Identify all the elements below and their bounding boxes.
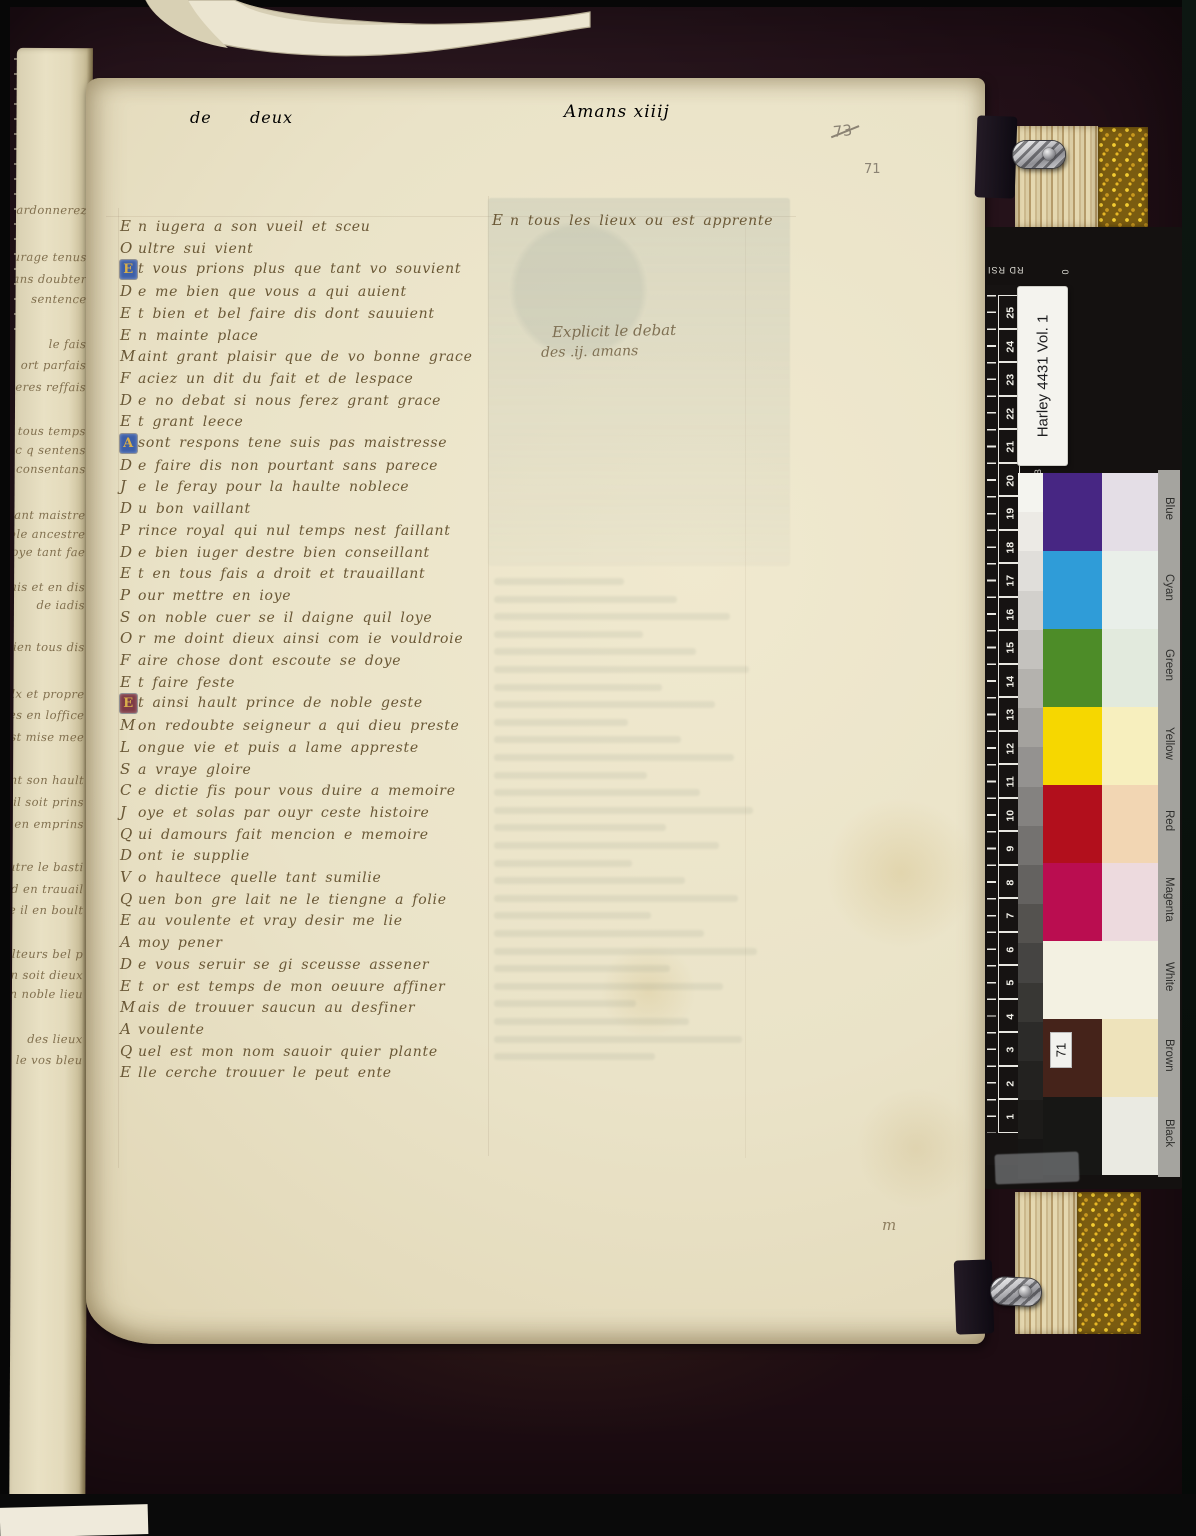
greyscale-step xyxy=(1018,591,1043,630)
manuscript-line: De me bien que vous a qui auient xyxy=(120,282,407,300)
folio-edge-fragment: st mise mee xyxy=(10,730,84,744)
line-text: n mainte place xyxy=(138,328,259,344)
line-initial: O xyxy=(120,239,138,257)
line-text: aire chose dont escoute se doye xyxy=(138,653,401,669)
line-initial: E xyxy=(120,673,138,691)
folio-edge-fragment: ez en soit dieux xyxy=(9,968,83,983)
greyscale-step xyxy=(1018,904,1043,943)
manuscript-line: Qui damours fait mencion e memoire xyxy=(120,825,429,843)
show-through-line xyxy=(494,1018,689,1025)
show-through-line xyxy=(494,877,685,884)
ruler-number-cell: 16 xyxy=(998,597,1020,631)
greyscale-step xyxy=(1018,1100,1043,1139)
manuscript-page: de deux Amans xiiij 73 71 En iugera a so… xyxy=(86,78,985,1344)
show-through-panel xyxy=(488,198,790,566)
show-through-line xyxy=(494,807,753,814)
manuscript-line: Prince royal qui nul temps nest faillant xyxy=(120,521,451,539)
photo-frame: pardonnerezouurage tenusoyez sans doubte… xyxy=(0,0,1196,1536)
line-text: voulente xyxy=(138,1022,205,1038)
show-through-line xyxy=(494,912,651,919)
color-patch-white xyxy=(1043,941,1158,1019)
greyscale-step xyxy=(1018,708,1043,747)
folio-edge-fragment: pardonnerez xyxy=(9,203,87,217)
catchword: m xyxy=(882,1216,896,1234)
ruler-number-cell: 15 xyxy=(998,630,1020,664)
clip-pad-bottom xyxy=(954,1259,995,1334)
folio-edge-fragment: nul autre le basti xyxy=(9,860,84,875)
line-initial: D xyxy=(120,282,138,300)
color-name-label: Blue xyxy=(1158,470,1180,548)
line-text: n tous les lieux ou est apprente xyxy=(510,213,773,229)
line-initial: Q xyxy=(120,825,138,843)
harley-shelfmark-text: Harley 4431 Vol. 1 xyxy=(1034,315,1051,438)
manuscript-line: De bien iuger destre bien conseillant xyxy=(120,543,430,561)
line-text: ais de trouuer saucun au desfiner xyxy=(138,1000,415,1016)
line-initial: E xyxy=(120,217,138,235)
line-initial: D xyxy=(120,846,138,864)
manuscript-line: De no debat si nous ferez grant grace xyxy=(120,391,441,409)
show-through-line xyxy=(494,948,757,955)
line-initial: A xyxy=(120,1020,138,1038)
clip-rivet-icon xyxy=(1019,1285,1032,1298)
manuscript-line: Joye et solas par ouyr ceste histoire xyxy=(120,803,430,821)
ruler-number-cell: 20 xyxy=(998,463,1020,497)
line-text: ont ie supplie xyxy=(138,848,250,864)
line-initial: V xyxy=(120,868,138,886)
folio-edge-fragment: de doulx et propre xyxy=(9,687,84,702)
line-text: e me bien que vous a qui auient xyxy=(138,284,407,300)
line-initial: F xyxy=(120,369,138,387)
manuscript-line: Et vous prions plus que tant vo souvient xyxy=(120,260,461,279)
line-text: oye et solas par ouyr ceste histoire xyxy=(138,805,430,821)
gilt-gauffered-edge-top xyxy=(1098,127,1148,227)
ruler-number-cell: 13 xyxy=(998,697,1020,731)
folio-edge-fragment: ort parfais xyxy=(21,358,87,372)
ruler-number-cell: 6 xyxy=(998,932,1020,966)
line-text: aciez un dit du fait et de lespace xyxy=(138,371,414,387)
line-text: our mettre en ioye xyxy=(138,588,291,604)
show-through-line xyxy=(494,895,738,902)
line-initial: A xyxy=(120,933,138,951)
line-text: uel est mon nom sauoir quier plante xyxy=(138,1044,438,1060)
line-initial: M xyxy=(120,998,138,1016)
manuscript-line: Pour mettre en ioye xyxy=(120,586,291,604)
line-text: moy pener xyxy=(138,935,223,951)
show-through-line xyxy=(494,754,734,761)
folio-edge-fragment: sage et grant maistre xyxy=(9,507,85,522)
line-text: ongue vie et puis a lame appreste xyxy=(138,740,419,756)
folio-edge-fragment: duc q sentens xyxy=(9,443,86,457)
manuscript-line: En mainte place xyxy=(120,326,259,344)
line-text: sont respons tene suis pas maistresse xyxy=(138,435,447,451)
line-text: a vraye gloire xyxy=(138,762,252,778)
manuscript-line: Et faire feste xyxy=(120,673,235,691)
manuscript-line: Son noble cuer se il daigne quil loye xyxy=(120,608,432,626)
ruler-number-cell: 5 xyxy=(998,965,1020,999)
line-initial: O xyxy=(120,629,138,647)
manuscript-line: Quel est mon nom sauoir quier plante xyxy=(120,1042,438,1060)
folio-edge-fragment: de consentans xyxy=(9,462,86,476)
illuminated-initial: E xyxy=(120,260,137,279)
line-text: t grant leece xyxy=(138,414,243,430)
folio-number-new: 71 xyxy=(864,162,881,177)
line-text: r me doint dieux ainsi com ie vouldroie xyxy=(138,631,463,647)
manuscript-line: Ce dictie fis pour vous duire a memoire xyxy=(120,781,456,799)
greyscale-step xyxy=(1018,551,1043,590)
line-initial: D xyxy=(120,543,138,561)
color-name-strip: BlueCyanGreenYellowRedMagentaWhiteBrownB… xyxy=(1158,470,1180,1177)
ruler-number-cell: 17 xyxy=(998,563,1020,597)
metal-clip-bottom-icon xyxy=(990,1277,1041,1307)
color-tint-blue xyxy=(1102,473,1158,551)
margin-ruling-line xyxy=(118,208,119,1168)
ruler-number-cell: 11 xyxy=(998,764,1020,798)
ruler-number-cell: 22 xyxy=(998,396,1020,430)
manuscript-line: Avoulente xyxy=(120,1020,205,1038)
manuscript-line: Et or est temps de mon oeuure affiner xyxy=(120,977,445,995)
show-through-line xyxy=(494,701,715,708)
right-photo-edge xyxy=(1182,0,1196,1536)
manuscript-line: Et bien et bel faire dis dont sauuient xyxy=(120,304,435,322)
color-name-label: White xyxy=(1158,938,1180,1016)
line-text: au voulente et vray desir me lie xyxy=(138,913,403,929)
manuscript-line: Eau voulente et vray desir me lie xyxy=(120,911,403,929)
line-text: t faire feste xyxy=(138,675,235,691)
line-text: e bien iuger destre bien conseillant xyxy=(138,545,430,561)
show-through-line xyxy=(494,666,749,673)
line-text: t ainsi hault prince de noble geste xyxy=(138,695,423,711)
color-tint-cyan xyxy=(1102,551,1158,629)
running-header-left-word2: deux xyxy=(250,108,293,127)
line-text: ui damours fait mencion e memoire xyxy=(138,827,429,843)
folio-edge-fragment: le vos bleu xyxy=(16,1053,83,1067)
line-initial: E xyxy=(120,564,138,582)
show-through-line xyxy=(494,824,666,831)
folio-edge-fragment: de iadis xyxy=(36,598,85,612)
line-initial: Q xyxy=(120,1042,138,1060)
show-through-line xyxy=(494,930,704,937)
color-name-label: Black xyxy=(1158,1094,1180,1172)
line-text: aint grant plaisir que de vo bonne grace xyxy=(138,349,473,365)
line-initial: M xyxy=(120,716,138,734)
ruler-number-cell: 21 xyxy=(998,429,1020,463)
show-through-line xyxy=(494,983,723,990)
ruler-zero-mark: 0 xyxy=(1061,269,1071,274)
line-initial: D xyxy=(120,499,138,517)
color-name-label: Magenta xyxy=(1158,860,1180,938)
line-initial: S xyxy=(120,608,138,626)
line-initial: P xyxy=(120,586,138,604)
greyscale-step xyxy=(1018,512,1043,551)
folio-edge-fragment: a tous temps xyxy=(9,424,86,438)
color-name-label: Red xyxy=(1158,782,1180,860)
show-through-line xyxy=(494,1000,636,1007)
color-patch-green xyxy=(1043,629,1102,707)
folio-edge-fragment: hoe en noble lieu xyxy=(9,987,83,1002)
manuscript-line: De faire dis non pourtant sans parece xyxy=(120,456,438,474)
color-tint-magenta xyxy=(1102,863,1158,941)
show-through-line xyxy=(494,684,662,691)
folio-tab-text: 71 xyxy=(1054,1043,1069,1057)
line-text: e le feray pour la haulte noblece xyxy=(138,479,409,495)
greyscale-step xyxy=(1018,1022,1043,1061)
right-column-first-line: En tous les lieux ou est apprente xyxy=(492,211,773,229)
show-through-line xyxy=(494,596,677,603)
clip-rivet-icon xyxy=(1043,148,1055,160)
ruler-caption: RD RSI xyxy=(987,265,1024,275)
ruler-number-cell: 4 xyxy=(998,999,1020,1033)
color-patch-cyan xyxy=(1043,551,1102,629)
color-tint-red xyxy=(1102,785,1158,863)
folio-edge-fragment: en emprins xyxy=(14,817,84,831)
ruler-number-cell: 10 xyxy=(998,798,1020,832)
illuminated-initial: A xyxy=(120,434,137,453)
show-through-line xyxy=(494,719,628,726)
color-tint-green xyxy=(1102,629,1158,707)
show-through-line xyxy=(494,860,632,867)
color-patch-red xyxy=(1043,785,1102,863)
show-through-line xyxy=(494,613,730,620)
manuscript-line: Mais de trouuer saucun au desfiner xyxy=(120,998,415,1016)
ribbon-bookmark xyxy=(98,0,598,86)
line-initial: L xyxy=(120,738,138,756)
folio-edge-fragment: et q rnd en trauail xyxy=(9,882,83,897)
manuscript-line: Or me doint dieux ainsi com ie vouldroie xyxy=(120,629,463,647)
line-initial: M xyxy=(120,347,138,365)
manuscript-line: Mon redoubte seigneur a qui dieu preste xyxy=(120,716,460,734)
ruler-number-cell: 1 xyxy=(998,1099,1020,1133)
line-text: u bon vaillant xyxy=(138,501,251,517)
line-initial: E xyxy=(120,412,138,430)
manuscript-line: Et grant leece xyxy=(120,412,243,430)
manuscript-line: De vous seruir se gi sceusse assener xyxy=(120,955,429,973)
manuscript-line: Oultre sui vient xyxy=(120,239,254,257)
greyscale-step xyxy=(1018,473,1043,512)
line-initial: F xyxy=(120,651,138,669)
show-through-line xyxy=(494,965,670,972)
line-initial: Q xyxy=(120,890,138,908)
line-text: o haultece quelle tant sumilie xyxy=(138,870,381,886)
show-through-line xyxy=(494,789,700,796)
color-name-label: Brown xyxy=(1158,1016,1180,1094)
manuscript-line: Longue vie et puis a lame appreste xyxy=(120,738,419,756)
ruler-number-cell: 23 xyxy=(998,362,1020,396)
color-name-label: Cyan xyxy=(1158,548,1180,626)
color-patch-magenta xyxy=(1043,863,1102,941)
line-text: e no debat si nous ferez grant grace xyxy=(138,393,441,409)
manuscript-line: Amoy pener xyxy=(120,933,223,951)
line-initial: E xyxy=(120,304,138,322)
line-initial: E xyxy=(120,977,138,995)
greyscale-step xyxy=(1018,1061,1043,1100)
ruler-number-cell: 25 xyxy=(998,295,1020,329)
line-text: uen bon gre lait ne le tiengne a folie xyxy=(138,892,447,908)
folio-edge-fragment: des lieux xyxy=(27,1032,82,1046)
manuscript-line: Du bon vaillant xyxy=(120,499,251,517)
line-initial: D xyxy=(120,955,138,973)
greyscale-step xyxy=(1018,983,1043,1022)
manuscript-line: Vo haultece quelle tant sumilie xyxy=(120,868,381,886)
line-initial: J xyxy=(120,477,138,495)
ruler: 2524232221201918171615141312111098765432… xyxy=(987,285,1021,1165)
color-name-label: Green xyxy=(1158,626,1180,704)
manuscript-line: Asont respons tene suis pas maistresse xyxy=(120,434,447,453)
line-initial: C xyxy=(120,781,138,799)
color-tint-yellow xyxy=(1102,707,1158,785)
folio-edge-fragment: maintien tous dis xyxy=(9,640,85,655)
color-tint-black xyxy=(1102,1097,1158,1175)
tape-mark xyxy=(995,1152,1080,1185)
previous-folio-edge: pardonnerezouurage tenusoyez sans doubte… xyxy=(9,48,93,1536)
greyscale-step xyxy=(1018,747,1043,786)
show-through-line xyxy=(494,648,696,655)
manuscript-line: Quen bon gre lait ne le tiengne a folie xyxy=(120,890,447,908)
greyscale-step xyxy=(1018,943,1043,982)
explicit-colophon-line2: des .ij. amans xyxy=(541,343,638,361)
ruler-number-cell: 18 xyxy=(998,530,1020,564)
bottom-photo-band xyxy=(0,1494,1196,1536)
running-header-left-word1: de xyxy=(190,108,212,127)
line-text: t or est temps de mon oeuure affiner xyxy=(138,979,445,995)
fore-edge-pages-bottom xyxy=(1015,1192,1077,1334)
line-initial: D xyxy=(120,456,138,474)
manuscript-line: Maint grant plaisir que de vo bonne grac… xyxy=(120,347,473,365)
manuscript-line: Faire chose dont escoute se doye xyxy=(120,651,401,669)
color-patch-yellow xyxy=(1043,707,1102,785)
line-text: e vous seruir se gi sceusse assener xyxy=(138,957,429,973)
metal-clip-top-icon xyxy=(1013,141,1065,168)
illuminated-initial: E xyxy=(120,694,137,713)
parchment-stain xyxy=(856,1088,976,1208)
gilt-gauffered-edge-bottom xyxy=(1077,1192,1141,1334)
show-through-line xyxy=(494,772,647,779)
folio-edge-fragment: ouurage tenus xyxy=(9,250,87,264)
greyscale-step xyxy=(1018,787,1043,826)
line-text: e dictie fis pour vous duire a memoire xyxy=(138,783,456,799)
folio-edge-fragment: le fais xyxy=(49,337,87,351)
manuscript-line: Sa vraye gloire xyxy=(120,760,252,778)
folio-edge-fragment: us il soit prins xyxy=(9,795,84,809)
ruler-number-cell: 14 xyxy=(998,664,1020,698)
manuscript-line: Et en tous fais a droit et trauaillant xyxy=(120,564,425,582)
line-initial: E xyxy=(492,211,510,229)
line-text: t en tous fais a droit et trauaillant xyxy=(138,566,425,582)
clip-pad-top xyxy=(975,115,1018,198)
bottom-left-photo-corner xyxy=(0,1504,148,1536)
ruler-number-cell: 9 xyxy=(998,831,1020,865)
folio-edge-fragment: entence il en boult xyxy=(9,903,83,918)
folio-edge-fragment: oye tant fae xyxy=(11,545,85,559)
show-through-line xyxy=(494,1036,742,1043)
line-text: n iugera a son vueil et sceu xyxy=(138,219,370,235)
line-text: e faire dis non pourtant sans parece xyxy=(138,458,438,474)
color-tint-brown xyxy=(1102,1019,1158,1097)
manuscript-line: En iugera a son vueil et sceu xyxy=(120,217,370,235)
folio-edge-fragment: fais et en dis xyxy=(9,580,85,594)
ruler-number-cell: 7 xyxy=(998,898,1020,932)
line-text: t vous prions plus que tant vo souvient xyxy=(138,261,461,277)
line-text: rince royal qui nul temps nest faillant xyxy=(138,523,451,539)
ruler-number-cell: 24 xyxy=(998,329,1020,363)
running-header-center: Amans xiiij xyxy=(564,102,670,122)
line-initial: E xyxy=(120,326,138,344)
greyscale-step xyxy=(1018,669,1043,708)
greyscale-step xyxy=(1018,865,1043,904)
line-text: t bien et bel faire dis dont sauuient xyxy=(138,306,435,322)
folio-number-old: 73 xyxy=(832,121,853,141)
line-text: on noble cuer se il daigne quil loye xyxy=(138,610,432,626)
line-text: lle cerche trouuer le peut ente xyxy=(138,1065,392,1081)
ruler-number-cell: 19 xyxy=(998,496,1020,530)
show-through-line xyxy=(494,631,643,638)
parchment-stain xyxy=(826,798,976,948)
folio-edge-fragment: es haulteurs bel p xyxy=(9,947,83,962)
show-through-line xyxy=(494,842,719,849)
ruler-number-cell: 12 xyxy=(998,731,1020,765)
manuscript-line: Elle cerche trouuer le peut ente xyxy=(120,1063,392,1081)
ruler-number-cell: 8 xyxy=(998,865,1020,899)
greyscale-step xyxy=(1018,630,1043,669)
line-text: ultre sui vient xyxy=(138,241,254,257)
color-name-label: Yellow xyxy=(1158,704,1180,782)
line-initial: J xyxy=(120,803,138,821)
color-patch-blue xyxy=(1043,473,1102,551)
line-initial: S xyxy=(120,760,138,778)
ruler-number-cell: 3 xyxy=(998,1032,1020,1066)
ruler-number-cell: 2 xyxy=(998,1066,1020,1100)
show-through-line xyxy=(494,578,624,585)
folio-edge-fragment: oyez sans doubter xyxy=(9,272,87,287)
line-initial: P xyxy=(120,521,138,539)
line-initial: E xyxy=(120,1063,138,1081)
folio-edge-fragment: non obstant son hault xyxy=(9,772,84,787)
folio-edge-fragment: seres reffais xyxy=(9,380,86,394)
color-calibration-card: 2524232221201918171615141312111098765432… xyxy=(985,227,1182,1189)
manuscript-line: Et ainsi hault prince de noble geste xyxy=(120,694,423,713)
folio-edge-fragment: esmes en loffice xyxy=(9,708,84,723)
line-initial: D xyxy=(120,391,138,409)
line-initial: E xyxy=(120,911,138,929)
folio-edge-fragment: de noble ancestre xyxy=(9,527,85,542)
manuscript-line: Je le feray pour la haulte noblece xyxy=(120,477,409,495)
line-text: on redoubte seigneur a qui dieu preste xyxy=(138,718,460,734)
harley-shelfmark-label: Harley 4431 Vol. 1 xyxy=(1018,287,1067,465)
greyscale-step xyxy=(1018,826,1043,865)
folio-tab-71: 71 xyxy=(1051,1033,1071,1067)
manuscript-line: Dont ie supplie xyxy=(120,846,250,864)
show-through-line xyxy=(494,1053,655,1060)
manuscript-line: Faciez un dit du fait et de lespace xyxy=(120,369,414,387)
folio-edge-fragment: sentence xyxy=(31,292,86,306)
show-through-line xyxy=(494,736,681,743)
explicit-colophon-line1: Explicit le debat xyxy=(552,321,676,341)
